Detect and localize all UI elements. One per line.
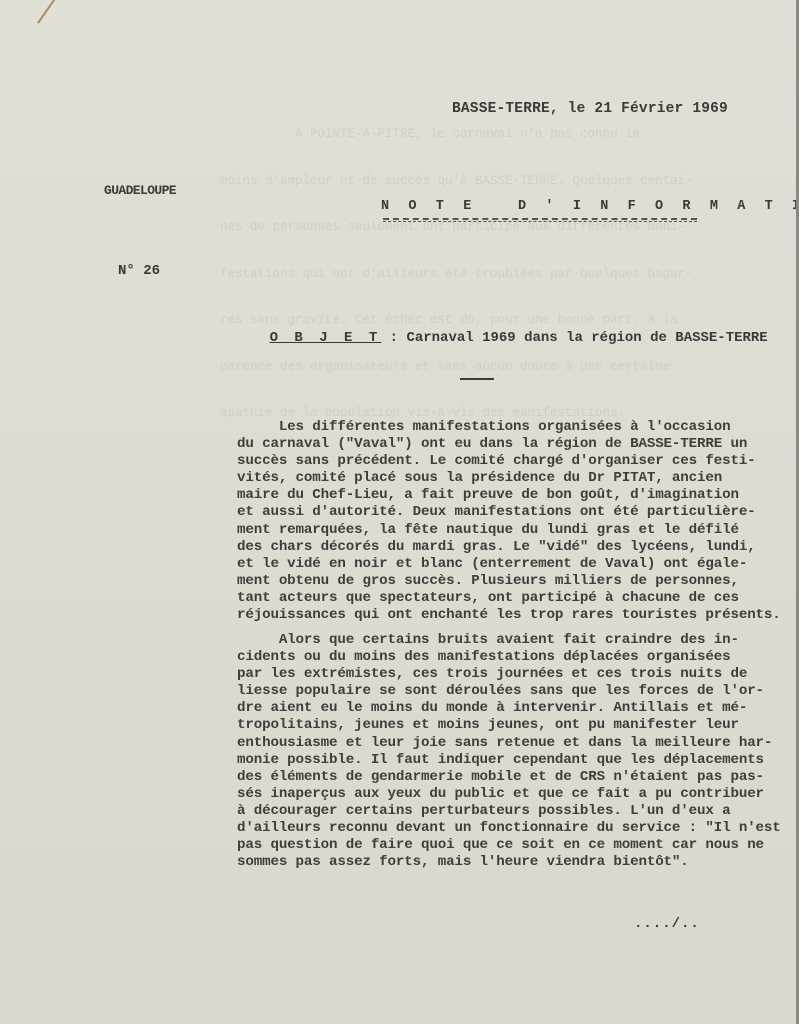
text-line: pas question de faire quoi que ce soit e… — [237, 837, 781, 854]
text-line: tropolitains, jeunes et moins jeunes, on… — [237, 717, 781, 734]
text-line: dre aient eu le moins du monde à interve… — [237, 700, 781, 717]
note-number: N° 26 — [118, 263, 160, 279]
text-line: des éléments de gendarmerie mobile et de… — [237, 769, 781, 786]
subject-label: O B J E T — [270, 330, 382, 346]
text-line: ment remarquées, la fête nautique du lun… — [237, 522, 781, 539]
text-line: cidents ou du moins des manifestations d… — [237, 649, 781, 666]
region-heading: GUADELOUPE — [104, 183, 176, 198]
text-line: et aussi d'autorité. Deux manifestations… — [237, 504, 781, 521]
text-line: d'ailleurs reconnu devant un fonctionnai… — [237, 820, 781, 837]
text-line: liesse populaire se sont déroulées sans … — [237, 683, 781, 700]
document-page: A POINTE-A-PITRE, le carnaval n'a pas co… — [0, 0, 799, 1024]
place-and-date: BASSE-TERRE, le 21 Février 1969 — [452, 101, 728, 117]
text-line: succès sans précédent. Le comité chargé … — [237, 453, 781, 470]
paper-fold-mark — [37, 0, 59, 24]
paragraph-1: Les différentes manifestations organisée… — [237, 419, 781, 624]
text-line: tant acteurs que spectateurs, ont partic… — [237, 590, 781, 607]
text-line: sés inaperçus aux yeux du public et que … — [237, 786, 781, 803]
bleed-line: A POINTE-A-PITRE, le carnaval n'a pas co… — [220, 127, 740, 143]
bleed-line: moins d'ampleur et de succès qu'à BASSE-… — [220, 174, 740, 190]
document-title: N O T E D ' I N F O R M A T I O N — [381, 199, 799, 214]
subject-line: O B J E T : Carnaval 1969 dans la région… — [236, 314, 768, 362]
bleed-through-text: A POINTE-A-PITRE, le carnaval n'a pas co… — [220, 96, 740, 453]
text-line: Alors que certains bruits avaient fait c… — [237, 632, 781, 649]
text-line: par les extrémistes, ces trois journées … — [237, 666, 781, 683]
text-line: du carnaval ("Vaval") ont eu dans la rég… — [237, 436, 781, 453]
text-line: sommes pas assez forts, mais l'heure vie… — [237, 854, 781, 871]
bleed-line: festations qui ont d'ailleurs été troubl… — [220, 267, 740, 283]
subject-separator: : — [381, 330, 406, 346]
text-line: Les différentes manifestations organisée… — [237, 419, 781, 436]
paragraph-2: Alors que certains bruits avaient fait c… — [237, 632, 781, 871]
text-line: maire du Chef-Lieu, a fait preuve de bon… — [237, 487, 781, 504]
text-line: des chars décorés du mardi gras. Le "vid… — [237, 539, 781, 556]
bleed-line: nes de personnes seulement ont participé… — [220, 220, 740, 236]
section-separator — [460, 378, 494, 380]
title-underline-rule — [383, 218, 697, 222]
text-line: et le vidé en noir et blanc (enterrement… — [237, 556, 781, 573]
continuation-mark: ..../.. — [634, 916, 700, 932]
text-line: à décourager certains perturbateurs poss… — [237, 803, 781, 820]
text-line: monie possible. Il faut indiquer cependa… — [237, 752, 781, 769]
text-line: réjouissances qui ont enchanté les trop … — [237, 607, 781, 624]
subject-text: Carnaval 1969 dans la région de BASSE-TE… — [406, 330, 767, 346]
text-line: vités, comité placé sous la présidence d… — [237, 470, 781, 487]
text-line: enthousiasme et leur joie sans retenue e… — [237, 735, 781, 752]
text-line: ment obtenu de gros succès. Plusieurs mi… — [237, 573, 781, 590]
